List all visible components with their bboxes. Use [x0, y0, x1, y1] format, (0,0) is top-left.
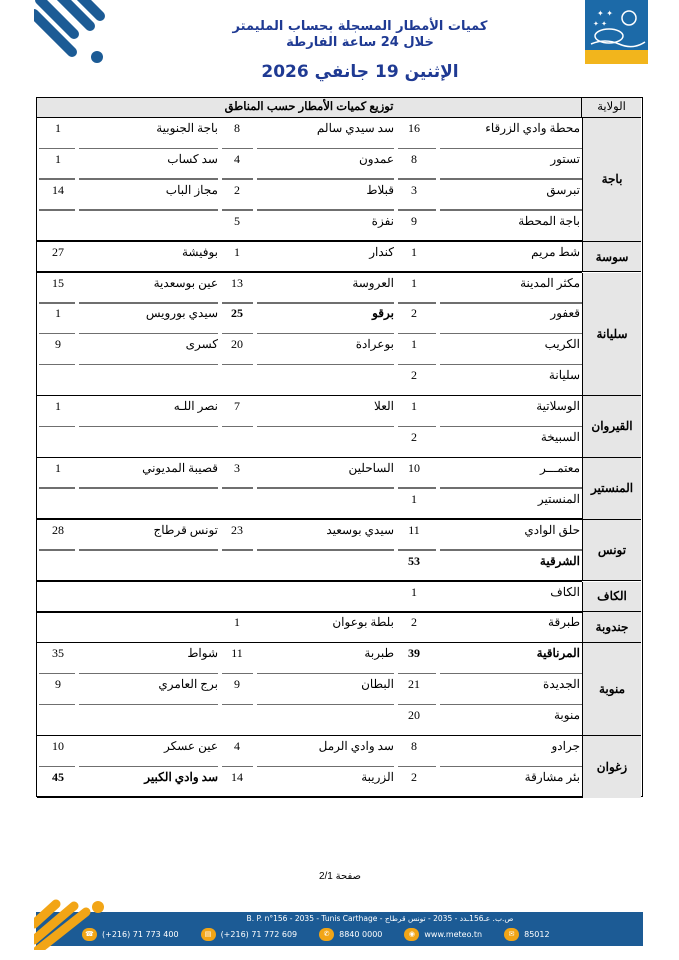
station-name: تستور: [440, 152, 580, 167]
rainfall-value: 15: [43, 276, 73, 291]
station-name: قعفور: [440, 306, 580, 321]
wilaya-cell: الكاف: [582, 582, 641, 613]
table-row: حلق الوادي11سيدي بوسعيد23تونس قرطاج28: [37, 520, 582, 551]
wilaya-cell: القيروان: [582, 396, 641, 458]
rainfall-value: 20: [222, 337, 252, 352]
table-row: تبرسق3قبلاط2مجاز الباب14: [37, 180, 582, 211]
rainfall-value: 25: [222, 306, 252, 321]
rainfall-value: 16: [399, 121, 429, 136]
contact-text: (+216) 71 772 609: [221, 930, 298, 939]
contact-text: 85012: [524, 930, 549, 939]
rainfall-value: 9: [399, 214, 429, 229]
station-name: جرادو: [440, 739, 580, 754]
report-date: الإثنين 19 جانفي 2026: [150, 62, 570, 82]
station-name: مكثر المدينة: [440, 276, 580, 291]
station-name: طبربة: [256, 646, 394, 661]
station-name: البطان: [256, 677, 394, 692]
station-name: سيدي بورويس: [78, 306, 218, 321]
rainfall-value: 2: [399, 430, 429, 445]
header-wilaya: الولاية: [582, 98, 641, 118]
rainfall-value: 45: [43, 770, 73, 785]
station-name: مجاز الباب: [78, 183, 218, 198]
wilaya-cell: منوبة: [582, 643, 641, 736]
svg-text:✦ ✦: ✦ ✦: [597, 9, 613, 18]
station-name: بوعرادة: [256, 337, 394, 352]
wilaya-cell: باجة: [582, 118, 641, 242]
station-name: معتمـــر: [440, 461, 580, 476]
contact-item: ✉85012: [504, 926, 549, 942]
rainfall-value: 8: [399, 152, 429, 167]
table-row: الجديدة21البطان9برج العامري9: [37, 674, 582, 705]
wilaya-cell: سوسة: [582, 242, 641, 273]
page-number: صفحة 2/1: [290, 871, 390, 882]
rainfall-value: 1: [399, 245, 429, 260]
table-row: المنستير1: [37, 489, 582, 520]
contact-text: (+216) 71 773 400: [102, 930, 179, 939]
station-name: تونس قرطاج: [78, 523, 218, 538]
station-name: باجة الجنوبية: [78, 121, 218, 136]
contact-item: ▤(+216) 71 772 609: [201, 926, 298, 942]
rainfall-value: 2: [222, 183, 252, 198]
rainfall-value: 13: [222, 276, 252, 291]
rainfall-value: 1: [222, 615, 252, 630]
station-name: حلق الوادي: [440, 523, 580, 538]
rainfall-value: 11: [399, 523, 429, 538]
station-name: الكريب: [440, 337, 580, 352]
wilaya-cell: زغوان: [582, 736, 641, 798]
rainfall-value: 11: [222, 646, 252, 661]
rainfall-value: 1: [222, 245, 252, 260]
rainfall-value: 2: [399, 615, 429, 630]
table-row: معتمـــر10الساحلين3قصيبة المديوني1: [37, 458, 582, 489]
station-name: سد وادي الرمل: [256, 739, 394, 754]
phone-icon: ☎: [82, 928, 97, 941]
station-name: سد سيدي سالم: [256, 121, 394, 136]
footer-address: B. P. n°156 - 2035 - Tunis Carthage - ص.…: [130, 914, 630, 923]
rainfall-value: 1: [43, 461, 73, 476]
rainfall-value: 4: [222, 152, 252, 167]
station-name: بئر مشارقة: [440, 770, 580, 785]
station-name: بوفيشة: [78, 245, 218, 260]
rainfall-value: 10: [43, 739, 73, 754]
wilaya-cell: سليانة: [582, 273, 641, 397]
hotline-icon: ✆: [319, 928, 334, 941]
rainfall-value: 28: [43, 523, 73, 538]
wilaya-cell: المنستير: [582, 458, 641, 520]
contact-item: ☎(+216) 71 773 400: [82, 926, 179, 942]
table-row: مكثر المدينة1العروسة13عين بوسعدية15: [37, 273, 582, 304]
rainfall-value: 1: [399, 585, 429, 600]
table-row: سليانة2: [37, 365, 582, 396]
station-name: قصيبة المديوني: [78, 461, 218, 476]
station-name: الجديدة: [440, 677, 580, 692]
document-title: كميات الأمطار المسجلة بحساب المليمتر خلا…: [150, 19, 570, 51]
station-name: عين عسكر: [78, 739, 218, 754]
rainfall-value: 1: [399, 399, 429, 414]
svg-text:✦ ✦: ✦ ✦: [593, 20, 607, 28]
station-name: السبيخة: [440, 430, 580, 445]
station-name: الساحلين: [256, 461, 394, 476]
rainfall-value: 10: [399, 461, 429, 476]
station-name: الكاف: [440, 585, 580, 600]
station-name: محطة وادي الزرقاء: [440, 121, 580, 136]
table-row: جرادو8سد وادي الرمل4عين عسكر10: [37, 736, 582, 767]
fax-icon: ▤: [201, 928, 216, 941]
table-row: الكريب1بوعرادة20كسرى9: [37, 334, 582, 365]
footer-contacts: ☎(+216) 71 773 400▤(+216) 71 772 609✆884…: [82, 926, 572, 942]
rainfall-value: 1: [43, 399, 73, 414]
rainfall-value: 35: [43, 646, 73, 661]
station-name: الوسلاتية: [440, 399, 580, 414]
table-row: المرناقية39طبربة11شواط35: [37, 643, 582, 674]
rainfall-value: 5: [222, 214, 252, 229]
rainfall-value: 1: [43, 152, 73, 167]
title-line-2: خلال 24 ساعة الفارطة: [150, 35, 570, 51]
rainfall-value: 1: [399, 492, 429, 507]
contact-item: ◉www.meteo.tn: [404, 926, 482, 942]
station-name: كندار: [256, 245, 394, 260]
table-row: شط مريم1كندار1بوفيشة27: [37, 242, 582, 273]
rainfall-value: 27: [43, 245, 73, 260]
rainfall-value: 8: [399, 739, 429, 754]
title-line-1: كميات الأمطار المسجلة بحساب المليمتر: [150, 19, 570, 35]
web-icon: ◉: [404, 928, 419, 941]
station-name: عين بوسعدية: [78, 276, 218, 291]
rainfall-value: 2: [399, 368, 429, 383]
rainfall-value: 21: [399, 677, 429, 692]
rainfall-value: 9: [43, 677, 73, 692]
rainfall-value: 2: [399, 306, 429, 321]
rainfall-value: 20: [399, 708, 429, 723]
rainfall-value: 4: [222, 739, 252, 754]
rainfall-value: 53: [399, 554, 429, 569]
station-name: المرناقية: [440, 646, 580, 661]
rainfall-value: 9: [222, 677, 252, 692]
rainfall-value: 1: [43, 121, 73, 136]
rainfall-value: 39: [399, 646, 429, 661]
rainfall-value: 8: [222, 121, 252, 136]
station-name: باجة المحطة: [440, 214, 580, 229]
station-name: العروسة: [256, 276, 394, 291]
contact-text: 8840 0000: [339, 930, 382, 939]
row-divider: [37, 796, 582, 798]
rainfall-value: 1: [399, 337, 429, 352]
table-row: تستور8عمدون4سد كساب1: [37, 149, 582, 180]
table-row: محطة وادي الزرقاء16سد سيدي سالم8باجة الج…: [37, 118, 582, 149]
table-row: باجة المحطة9نفزة5: [37, 211, 582, 242]
wilaya-cell: جندوبة: [582, 612, 641, 643]
rainfall-value: 3: [222, 461, 252, 476]
table-row: الشرقية53: [37, 551, 582, 582]
station-name: برج العامري: [78, 677, 218, 692]
table-row: الكاف1: [37, 582, 582, 613]
table-row: منوبة20: [37, 705, 582, 736]
table-row: طبرقة2بلطة بوعوان1: [37, 612, 582, 643]
station-name: بلطة بوعوان: [256, 615, 394, 630]
wilaya-cell: تونس: [582, 520, 641, 582]
station-name: سد كساب: [78, 152, 218, 167]
station-name: سيدي بوسعيد: [256, 523, 394, 538]
station-name: نفزة: [256, 214, 394, 229]
station-name: العلا: [256, 399, 394, 414]
header-distribution: توزيع كميات الأمطار حسب المناطق: [37, 98, 582, 118]
sms-icon: ✉: [504, 928, 519, 941]
rainfall-value: 14: [222, 770, 252, 785]
rainfall-value: 9: [43, 337, 73, 352]
rainfall-value: 3: [399, 183, 429, 198]
rainfall-value: 2: [399, 770, 429, 785]
rainfall-value: 1: [43, 306, 73, 321]
station-name: طبرقة: [440, 615, 580, 630]
brand-stripes-icon: [34, 0, 114, 64]
rainfall-value: 14: [43, 183, 73, 198]
station-name: الشرقية: [440, 554, 580, 569]
station-name: كسرى: [78, 337, 218, 352]
table-row: الوسلاتية1العلا7نصر اللـه1: [37, 396, 582, 427]
station-name: نصر اللـه: [78, 399, 218, 414]
station-name: تبرسق: [440, 183, 580, 198]
footer-stripes-icon: [34, 898, 114, 950]
station-name: منوبة: [440, 708, 580, 723]
station-name: الزريبة: [256, 770, 394, 785]
rainfall-value: 7: [222, 399, 252, 414]
contact-item: ✆8840 0000: [319, 926, 382, 942]
station-name: برقو: [256, 306, 394, 321]
rainfall-table: توزيع كميات الأمطار حسب المناطق الولاية …: [36, 97, 643, 797]
rainfall-value: 23: [222, 523, 252, 538]
station-name: سليانة: [440, 368, 580, 383]
station-name: المنستير: [440, 492, 580, 507]
table-row: بئر مشارقة2الزريبة14سد وادي الكبير45: [37, 767, 582, 798]
institute-logo: ✦ ✦ ✦ ✦: [585, 0, 648, 64]
table-row: قعفور2برقو25سيدي بورويس1: [37, 303, 582, 334]
station-name: قبلاط: [256, 183, 394, 198]
station-name: عمدون: [256, 152, 394, 167]
station-name: سد وادي الكبير: [78, 770, 218, 785]
contact-text: www.meteo.tn: [424, 930, 482, 939]
station-name: شواط: [78, 646, 218, 661]
table-row: السبيخة2: [37, 427, 582, 458]
station-name: شط مريم: [440, 245, 580, 260]
rainfall-value: 1: [399, 276, 429, 291]
